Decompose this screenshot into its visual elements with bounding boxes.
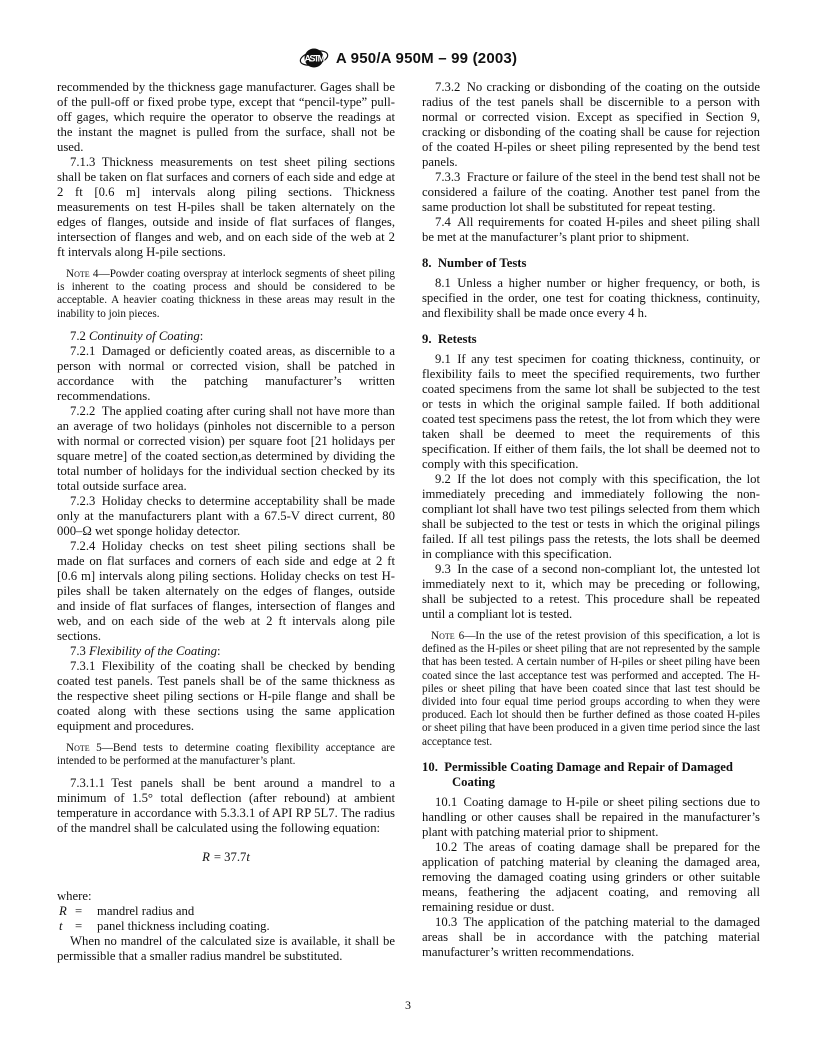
where-eq-R: = <box>75 904 97 919</box>
paragraph-10-2: 10.2 The areas of coating damage shall b… <box>422 840 760 915</box>
where-eq-t: = <box>75 919 97 934</box>
where-row-t: t=panel thickness including coating. <box>57 919 395 934</box>
equation-mandrel-radius: R= 37.7t <box>57 850 395 865</box>
paragraph-7-4: 7.4 All requirements for coated H-piles … <box>422 215 760 245</box>
heading-7-3-title: Flexibility of the Coating <box>89 644 217 658</box>
paragraph-10-3: 10.3 The application of the patching mat… <box>422 915 760 960</box>
heading-7-2-num: 7.2 <box>70 329 89 343</box>
where-def-R: mandrel radius and <box>97 904 395 919</box>
note-6: Note 6—In the use of the retest provisio… <box>422 630 760 749</box>
equation-rhs: t <box>246 850 250 864</box>
section-heading-9: 9. Retests <box>422 332 760 347</box>
note-4-label: Note 4 <box>66 268 99 280</box>
paragraph-10-1: 10.1 Coating damage to H-pile or sheet p… <box>422 795 760 840</box>
page-body: recommended by the thickness gage manufa… <box>0 70 816 964</box>
where-def-t: panel thickness including coating. <box>97 919 395 934</box>
section-heading-8: 8. Number of Tests <box>422 256 760 271</box>
paragraph-8-1: 8.1 Unless a higher number or higher fre… <box>422 276 760 321</box>
paragraph-7-2-2: 7.2.2 The applied coating after curing s… <box>57 404 395 494</box>
document-page: ASTM A 950/A 950M – 99 (2003) recommende… <box>0 0 816 1056</box>
heading-7-2-title: Continuity of Coating <box>89 329 200 343</box>
paragraph-7-3-1: 7.3.1 Flexibility of the coating shall b… <box>57 659 395 734</box>
paragraph-7-3-3: 7.3.3 Fracture or failure of the steel i… <box>422 170 760 215</box>
paragraph-7-1-3: 7.1.3 Thickness measurements on test she… <box>57 155 395 260</box>
astm-logo-icon: ASTM <box>299 46 329 70</box>
left-column: recommended by the thickness gage manufa… <box>57 80 395 964</box>
heading-7-3-num: 7.3 <box>70 644 89 658</box>
note-5: Note 5—Bend tests to determine coating f… <box>57 742 395 768</box>
where-intro: where: <box>57 889 395 904</box>
equation-mid: = 37.7 <box>214 850 247 864</box>
paragraph-9-2: 9.2 If the lot does not comply with this… <box>422 472 760 562</box>
document-title: A 950/A 950M – 99 (2003) <box>336 50 517 67</box>
paragraph-7-2-1: 7.2.1 Damaged or deficiently coated area… <box>57 344 395 404</box>
heading-7-3: 7.3 Flexibility of the Coating: <box>57 644 395 659</box>
paragraph-9-1: 9.1 If any test specimen for coating thi… <box>422 352 760 472</box>
where-var-t: t <box>59 919 75 934</box>
paragraph-7-3-1-1: 7.3.1.1 Test panels shall be bent around… <box>57 776 395 836</box>
where-var-R: R <box>59 904 75 919</box>
note-6-body: —In the use of the retest provision of t… <box>422 630 760 748</box>
paragraph-continuation: recommended by the thickness gage manufa… <box>57 80 395 155</box>
note-5-body: —Bend tests to determine coating flexibi… <box>57 742 395 767</box>
section-heading-10: 10. Permissible Coating Damage and Repai… <box>422 760 760 790</box>
page-number: 3 <box>0 998 816 1013</box>
equation-lhs: R <box>202 850 210 864</box>
note-6-label: Note 6 <box>431 630 464 642</box>
heading-7-2-colon: : <box>200 329 204 343</box>
right-column: 7.3.2 No cracking or disbonding of the c… <box>422 80 760 964</box>
paragraph-mandrel-substitute: When no mandrel of the calculated size i… <box>57 934 395 964</box>
svg-text:ASTM: ASTM <box>304 54 324 64</box>
note-5-label: Note 5 <box>66 742 102 754</box>
paragraph-7-2-4: 7.2.4 Holiday checks on test sheet pilin… <box>57 539 395 644</box>
paragraph-7-3-2: 7.3.2 No cracking or disbonding of the c… <box>422 80 760 170</box>
where-row-R: R=mandrel radius and <box>57 904 395 919</box>
heading-7-3-colon: : <box>217 644 221 658</box>
paragraph-7-2-3: 7.2.3 Holiday checks to determine accept… <box>57 494 395 539</box>
page-header: ASTM A 950/A 950M – 99 (2003) <box>0 46 816 70</box>
heading-7-2: 7.2 Continuity of Coating: <box>57 329 395 344</box>
note-4: Note 4—Powder coating overspray at inter… <box>57 268 395 321</box>
paragraph-9-3: 9.3 In the case of a second non-complian… <box>422 562 760 622</box>
note-4-body: —Powder coating overspray at interlock s… <box>57 268 395 320</box>
